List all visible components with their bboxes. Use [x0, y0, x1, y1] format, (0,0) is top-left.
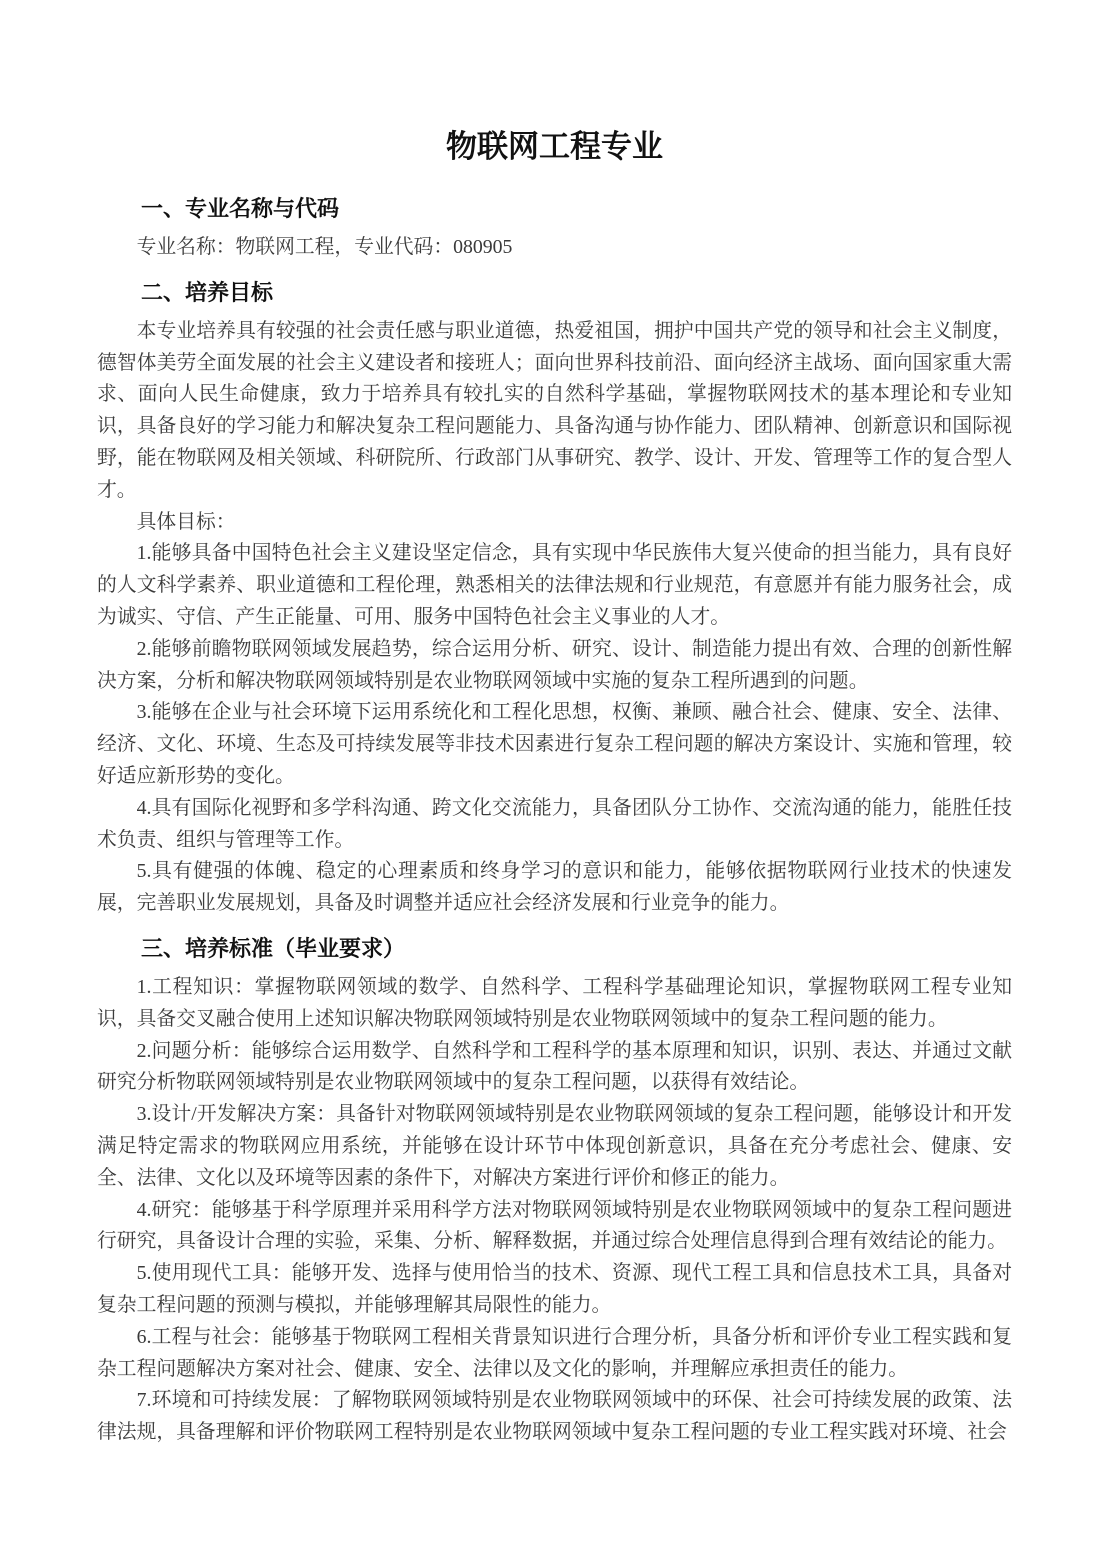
paragraph-major-name-and-code: 专业名称：物联网工程，专业代码：080905 — [97, 232, 1012, 264]
section-heading-1: 一、专业名称与代码 — [97, 194, 1012, 224]
section-heading-2: 二、培养目标 — [97, 278, 1012, 308]
paragraph-goal-4: 4.具有国际化视野和多学科沟通、跨文化交流能力，具备团队分工协作、交流沟通的能力… — [97, 793, 1012, 857]
paragraph-requirement-2: 2.问题分析：能够综合运用数学、自然科学和工程科学的基本原理和知识，识别、表达、… — [97, 1036, 1012, 1100]
paragraph-goal-1: 1.能够具备中国特色社会主义建设坚定信念，具有实现中华民族伟大复兴使命的担当能力… — [97, 538, 1012, 633]
paragraph-requirement-7: 7.环境和可持续发展：了解物联网领域特别是农业物联网领域中的环保、社会可持续发展… — [97, 1385, 1012, 1449]
paragraph-requirement-4: 4.研究：能够基于科学原理并采用科学方法对物联网领域特别是农业物联网领域中的复杂… — [97, 1195, 1012, 1259]
paragraph-requirement-3: 3.设计/开发解决方案：具备针对物联网领域特别是农业物联网领域的复杂工程问题，能… — [97, 1099, 1012, 1194]
paragraph-training-objective-intro: 本专业培养具有较强的社会责任感与职业道德，热爱祖国，拥护中国共产党的领导和社会主… — [97, 316, 1012, 507]
paragraph-goal-5: 5.具有健强的体魄、稳定的心理素质和终身学习的意识和能力，能够依据物联网行业技术… — [97, 856, 1012, 920]
paragraph-requirement-6: 6.工程与社会：能够基于物联网工程相关背景知识进行合理分析，具备分析和评价专业工… — [97, 1322, 1012, 1386]
paragraph-requirement-5: 5.使用现代工具：能够开发、选择与使用恰当的技术、资源、现代工程工具和信息技术工… — [97, 1258, 1012, 1322]
paragraph-goal-3: 3.能够在企业与社会环境下运用系统化和工程化思想，权衡、兼顾、融合社会、健康、安… — [97, 697, 1012, 792]
paragraph-specific-goals-label: 具体目标： — [97, 507, 1012, 539]
document-page: 物联网工程专业 一、专业名称与代码 专业名称：物联网工程，专业代码：080905… — [0, 0, 1102, 1559]
document-title: 物联网工程专业 — [97, 126, 1012, 168]
paragraph-requirement-1: 1.工程知识：掌握物联网领域的数学、自然科学、工程科学基础理论知识，掌握物联网工… — [97, 972, 1012, 1036]
section-heading-3: 三、培养标准（毕业要求） — [97, 934, 1012, 964]
paragraph-goal-2: 2.能够前瞻物联网领域发展趋势，综合运用分析、研究、设计、制造能力提出有效、合理… — [97, 634, 1012, 698]
